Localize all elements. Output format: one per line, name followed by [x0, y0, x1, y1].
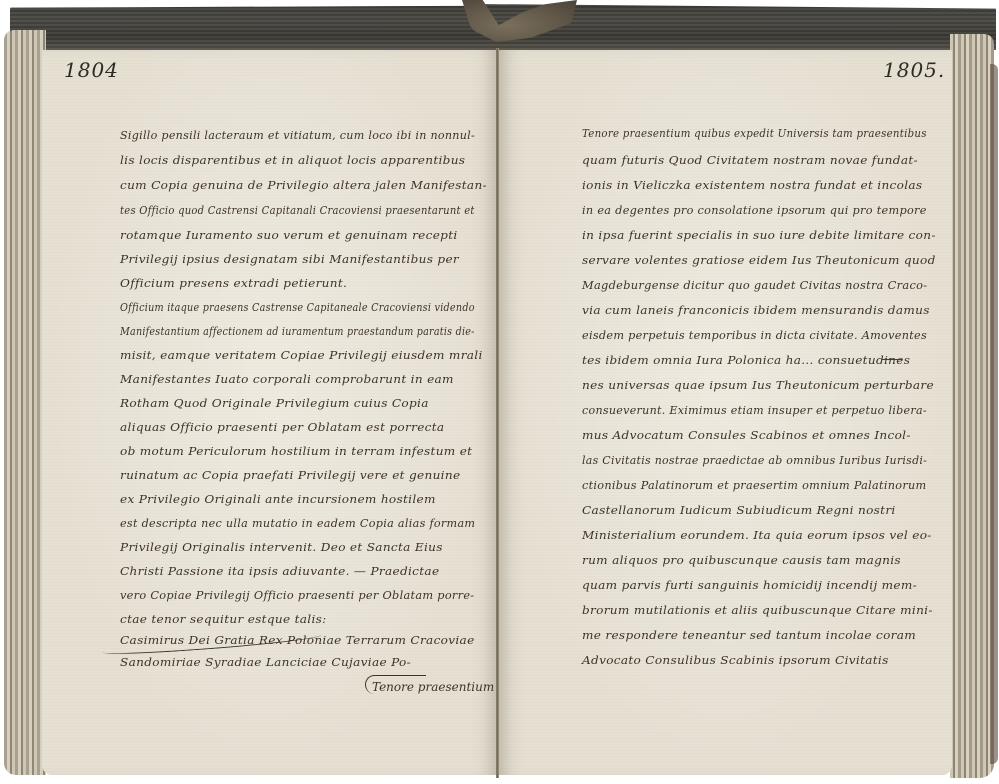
right-page-stack: [950, 34, 994, 778]
text-line: eisdem perpetuis temporibus in dicta civ…: [582, 328, 927, 342]
left-page-number: 1804: [64, 58, 119, 82]
text-line: Advocato Consulibus Scabinis ipsorum Civ…: [582, 653, 889, 667]
text-line: consueverunt. Eximimus etiam insuper et …: [582, 403, 927, 417]
text-line: ionis in Vieliczka existentem nostra fun…: [582, 178, 922, 192]
text-line: vero Copiae Privilegij Officio praesenti…: [120, 588, 474, 602]
text-line: ex Privilegio Originali ante incursionem…: [120, 492, 436, 506]
text-line: me respondere teneantur sed tantum incol…: [582, 628, 916, 642]
left-page-stack: [4, 30, 46, 775]
text-line: via cum laneis franconicis ibidem mensur…: [582, 303, 930, 317]
text-line: Rotham Quod Originale Privilegium cuius …: [120, 396, 429, 410]
text-line: Manifestantium affectionem ad iuramentum…: [120, 324, 475, 338]
text-line: las Civitatis nostrae praedictae ab omni…: [582, 453, 927, 467]
text-line: Christi Passione ita ipsis adiuvante. — …: [120, 564, 439, 578]
text-line: servare volentes gratiose eidem Ius Theu…: [582, 253, 936, 267]
text-line: brorum mutilationis et aliis quibuscunqu…: [582, 603, 933, 617]
text-line: rum aliquos pro quibuscunque causis tam …: [582, 553, 901, 567]
text-line: ctae tenor sequitur estque talis:: [120, 612, 327, 626]
text-line: misit, eamque veritatem Copiae Privilegi…: [120, 348, 483, 362]
right-page-number: 1805.: [883, 58, 945, 82]
text-line: ob motum Periculorum hostilium in terram…: [120, 444, 472, 458]
open-book: 1804 1805. Sigillo pensili lacteraum et …: [0, 0, 999, 784]
text-line: nes universas quae ipsum Ius Theutonicum…: [582, 378, 934, 392]
text-line: Officium presens extradi petierunt.: [120, 276, 347, 290]
text-line: Privilegij Originalis intervenit. Deo et…: [120, 540, 443, 554]
text-line: Sandomiriae Syradiae Lanciciae Cujaviae …: [120, 655, 411, 669]
text-line: cum Copia genuina de Privilegio altera j…: [120, 178, 487, 192]
text-line: in ipsa fuerint specialis in suo iure de…: [582, 228, 936, 242]
text-line: Officium itaque praesens Castrense Capit…: [120, 300, 475, 314]
text-line: Castellanorum Iudicum Subiudicum Regni n…: [582, 503, 896, 517]
book-gutter: [496, 48, 499, 778]
text-line: lis locis disparentibus et in aliquot lo…: [120, 153, 465, 167]
text-line: quam futuris Quod Civitatem nostram nova…: [582, 153, 918, 167]
text-line: tes Officio quod Castrensi Capitanali Cr…: [120, 203, 475, 217]
margin-mark: [882, 359, 902, 360]
catchword: Tenore praesentium: [372, 680, 494, 694]
text-line: Magdeburgense dicitur quo gaudet Civitas…: [582, 278, 927, 292]
text-line: quam parvis furti sanguinis homicidij in…: [582, 578, 917, 592]
text-line: rotamque Iuramento suo verum et genuinam…: [120, 228, 458, 242]
text-line: ruinatum ac Copia praefati Privilegij ve…: [120, 468, 460, 482]
text-line: Tenore praesentium quibus expedit Univer…: [582, 126, 927, 140]
text-line: ctionibus Palatinorum et praesertim omni…: [582, 478, 926, 492]
text-line: Sigillo pensili lacteraum et vitiatum, c…: [120, 128, 475, 142]
text-line: Ministerialium eorundem. Ita quia eorum …: [582, 528, 932, 542]
text-line: Privilegij ipsius designatam sibi Manife…: [120, 252, 459, 266]
text-line: in ea degentes pro consolatione ipsorum …: [582, 203, 927, 217]
text-line: tes ibidem omnia Iura Polonica ha... con…: [582, 353, 910, 367]
text-line: Manifestantes Iuato corporali comprobaru…: [120, 372, 454, 386]
text-line: est descripta nec ulla mutatio in eadem …: [120, 516, 475, 530]
text-line: mus Advocatum Consules Scabinos et omnes…: [582, 428, 911, 442]
text-line: aliquas Officio praesenti per Oblatam es…: [120, 420, 444, 434]
